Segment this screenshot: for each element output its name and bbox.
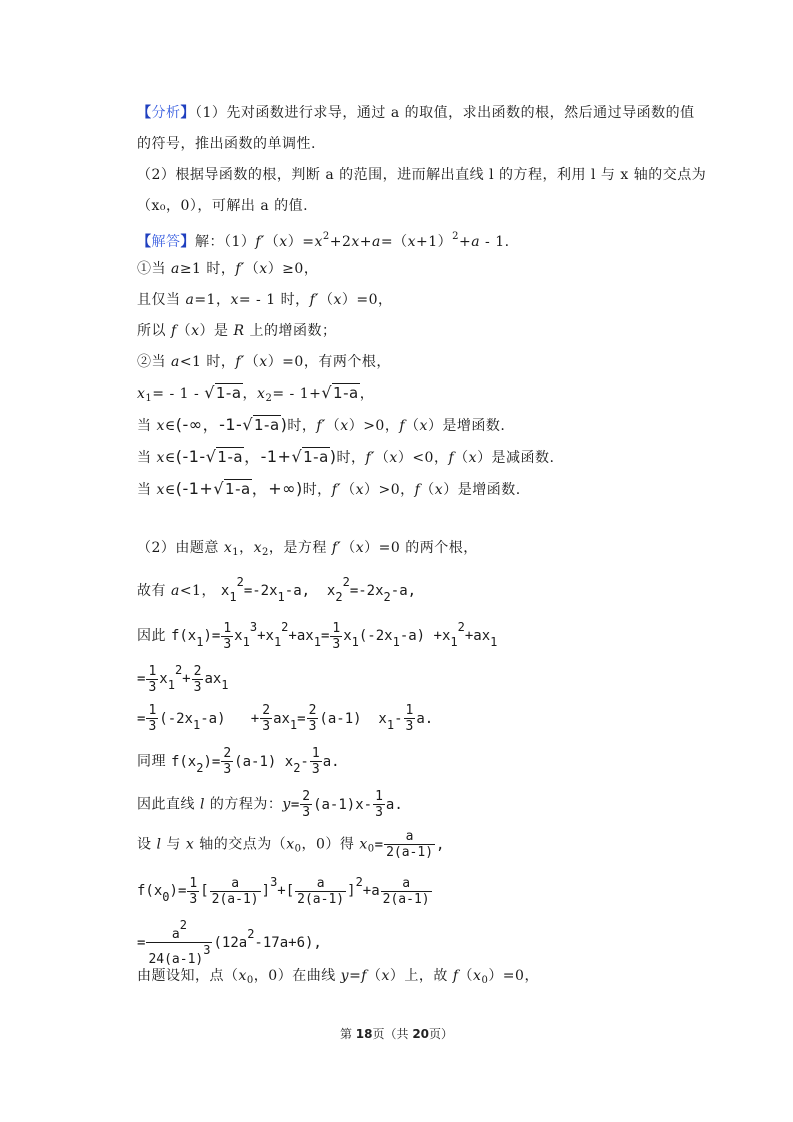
- math-var: f′: [310, 292, 319, 308]
- text: （: [454, 450, 469, 466]
- interval: ，+∞): [252, 479, 303, 498]
- text: 由题设知，点（: [137, 968, 239, 984]
- math-var: x: [254, 540, 262, 556]
- solution-line-4: 所以 f（x）是 R 上的增函数；: [137, 321, 337, 341]
- math-var: x: [333, 292, 341, 308]
- text: （: [375, 450, 390, 466]
- text: =: [349, 968, 361, 984]
- text: 的方程为：: [205, 797, 282, 813]
- math-var: a: [171, 261, 180, 277]
- sqrt-expression: √1-a: [213, 479, 251, 500]
- text: ）≥0，: [268, 261, 319, 277]
- text: （2）由题意: [137, 540, 224, 556]
- equation: f(x2)=23(a-1) x2-13a.: [171, 754, 340, 770]
- analysis-label-close: 】: [181, 105, 196, 121]
- radicand: 1-a: [332, 383, 360, 402]
- part2-line-6: 同理 f(x2)=23(a-1) x2-13a.: [137, 746, 340, 778]
- text: ∈: [165, 418, 176, 434]
- text: ∈: [165, 482, 176, 498]
- text: ）=0，: [488, 968, 539, 984]
- subscript: 0: [368, 844, 375, 855]
- math-var: x: [230, 292, 238, 308]
- text: <1，: [180, 583, 216, 599]
- sqrt-expression: √1-a: [204, 383, 242, 404]
- text: ，0）得: [301, 837, 359, 853]
- analysis-label-open: 【: [137, 105, 152, 121]
- equation: x12=-2x1-a, x22=-2x2-a,: [221, 583, 416, 599]
- math-var: a: [171, 583, 180, 599]
- text: 时，: [303, 482, 332, 498]
- math-var: x: [191, 323, 199, 339]
- text: ②当: [137, 354, 171, 370]
- solution-line-3: 且仅当 a=1，x= - 1 时，f′（x）=0，: [137, 290, 393, 310]
- math-var: x: [408, 234, 416, 250]
- solution-line-5: ②当 a<1 时，f′（x）=0，有两个根，: [137, 352, 391, 372]
- text: 时，: [287, 418, 316, 434]
- part2-line-1: （2）由题意 x1，x2，是方程 f′（x）=0 的两个根，: [137, 538, 478, 563]
- text: （: [177, 323, 192, 339]
- math-var: x: [351, 234, 359, 250]
- analysis-line-3: （2）根据导函数的根，判断 a 的范围，进而解出直线 l 的方程，利用 l 与 …: [137, 165, 706, 185]
- math-var: x: [259, 354, 267, 370]
- footer-prefix: 第: [340, 1027, 356, 1041]
- solution-line-2: ①当 a≥1 时，f′（x）≥0，: [137, 259, 318, 279]
- math-var: x: [314, 234, 322, 250]
- text: （: [420, 482, 435, 498]
- equation: =a224(a-1)3(12a2-17a+6),: [137, 935, 322, 951]
- part2-line-9: f(x0)=13[a2(a-1)]3+[a2(a-1)]2+aa2(a-1): [137, 872, 433, 907]
- text: 设: [137, 837, 156, 853]
- text: ）=: [288, 234, 315, 250]
- text: ）是减函数.: [477, 450, 554, 466]
- equation: f(x0)=13[a2(a-1)]3+[a2(a-1)]2+aa2(a-1): [137, 883, 433, 899]
- text: （: [245, 261, 260, 277]
- radicand: 1-a: [224, 479, 252, 498]
- radicand: 1-a: [216, 447, 244, 466]
- math-var: x: [356, 482, 364, 498]
- part2-line-7: 因此直线 l 的方程为：y=23(a-1)x-13a.: [137, 789, 403, 820]
- page-number: 18: [356, 1027, 373, 1041]
- sqrt-expression: √1-a: [291, 447, 329, 468]
- solution-label: 解答: [152, 234, 181, 250]
- text: 因此直线: [137, 797, 200, 813]
- text: =1，: [194, 292, 230, 308]
- math-var: f′: [235, 261, 244, 277]
- analysis-line-1: 【分析】（1）先对函数进行求导，通过 a 的取值，求出函数的根，然后通过导函数的…: [137, 103, 695, 123]
- text: =（: [381, 234, 408, 250]
- text: +: [459, 234, 471, 250]
- text: 解：（1）: [195, 234, 255, 250]
- page-footer: 第 18页（共 20页）: [0, 1025, 793, 1042]
- text: ）是: [200, 323, 234, 339]
- text: 当: [137, 450, 156, 466]
- text: （: [459, 968, 474, 984]
- sqrt-expression: √1-a: [321, 383, 359, 404]
- text: 当: [137, 418, 156, 434]
- math-var: x: [279, 234, 287, 250]
- part2-line-11: 由题设知，点（x0，0）在曲线 y=f（x）上，故 f（x0）=0，: [137, 966, 539, 991]
- sqrt-icon: √: [206, 447, 217, 466]
- interval: (-1-: [176, 447, 206, 466]
- solution-line-roots: x1= - 1 - √1-a，x2= - 1+√1-a，: [137, 383, 374, 409]
- equation: =13(-2x1-a) +23ax1=23(a-1) x1-13a.: [137, 711, 433, 727]
- superscript: 2: [323, 231, 330, 242]
- text: 上的增函数；: [245, 323, 337, 339]
- math-var: f′: [235, 354, 244, 370]
- math-var: x: [156, 418, 164, 434]
- text: ）上，故: [390, 968, 453, 984]
- sqrt-expression: √1-a: [242, 415, 280, 436]
- math-var: x: [340, 418, 348, 434]
- math-var: x: [435, 482, 443, 498]
- text: ，: [239, 540, 254, 556]
- solution-interval-2: 当 x∈(-1-√1-a，-1+√1-a)时，f′（x）<0，f（x）是减函数.: [137, 447, 555, 468]
- part2-line-10: =a224(a-1)3(12a2-17a+6),: [137, 918, 322, 967]
- text: 所以: [137, 323, 171, 339]
- math-var: x: [239, 968, 247, 984]
- text: = - 1+: [272, 386, 321, 402]
- subscript: 2: [262, 547, 269, 558]
- radicand: 1-a: [253, 415, 281, 434]
- solution-line-1: 【解答】解：（1）f′（x）=x2+2x+a=（x+1）2+a - 1.: [137, 227, 510, 252]
- sqrt-icon: √: [291, 447, 302, 466]
- text: 与: [161, 837, 185, 853]
- total-pages: 20: [412, 1027, 429, 1041]
- text: （: [319, 292, 334, 308]
- part2-line-4: =13x12+23ax1: [137, 660, 229, 695]
- solution-interval-1: 当 x∈(-∞，-1-√1-a)时，f′（x）>0，f（x）是增函数.: [137, 415, 505, 436]
- part2-line-8: 设 l 与 x 轴的交点为（x0，0）得 x0=a2(a-1),: [137, 829, 444, 860]
- equation: =13x12+23ax1: [137, 671, 229, 687]
- text: ）>0，: [364, 482, 415, 498]
- math-var: a: [185, 292, 194, 308]
- text: ①当: [137, 261, 171, 277]
- text: 时，: [337, 450, 366, 466]
- analysis-line-4: （x₀，0），可解出 a 的值.: [137, 196, 308, 216]
- text: +1）: [416, 234, 452, 250]
- text: （: [367, 968, 382, 984]
- text: （: [265, 234, 280, 250]
- text: +: [360, 234, 372, 250]
- math-var: x: [469, 450, 477, 466]
- equation: =23(a-1)x-13a.: [291, 797, 403, 813]
- text: 故有: [137, 583, 171, 599]
- solution-label-close: 】: [181, 234, 196, 250]
- text: 因此: [137, 628, 171, 644]
- text: ∈: [165, 450, 176, 466]
- math-var: R: [234, 323, 245, 339]
- subscript: 0: [247, 975, 254, 986]
- analysis-p1-line1: （1）先对函数进行求导，通过 a 的取值，求出函数的根，然后通过导函数的值: [195, 105, 695, 121]
- math-var: a: [471, 234, 480, 250]
- text: （: [326, 418, 341, 434]
- radicand: 1-a: [302, 447, 330, 466]
- sqrt-icon: √: [242, 415, 253, 434]
- text: ，0）在曲线: [254, 968, 341, 984]
- text: （: [245, 354, 260, 370]
- analysis-label: 分析: [152, 105, 181, 121]
- interval: (-1+: [176, 479, 214, 498]
- document-page: 【分析】（1）先对函数进行求导，通过 a 的取值，求出函数的根，然后通过导函数的…: [0, 0, 793, 1122]
- text: 同理: [137, 754, 171, 770]
- text: +2: [330, 234, 352, 250]
- text: （: [341, 540, 356, 556]
- math-var: x: [156, 450, 164, 466]
- sqrt-expression: √1-a: [206, 447, 244, 468]
- text: 且仅当: [137, 292, 185, 308]
- equation: =a2(a-1),: [375, 837, 445, 853]
- text: （: [405, 418, 420, 434]
- text: （: [341, 482, 356, 498]
- text: ）是增函数.: [443, 482, 520, 498]
- math-var: f′: [366, 450, 375, 466]
- math-var: x: [389, 450, 397, 466]
- text: 当: [137, 482, 156, 498]
- math-var: x: [359, 837, 367, 853]
- math-var: x: [356, 540, 364, 556]
- math-var: y: [282, 797, 290, 813]
- part2-line-5: =13(-2x1-a) +23ax1=23(a-1) x1-13a.: [137, 703, 433, 735]
- math-var: x: [420, 418, 428, 434]
- math-var: y: [341, 968, 349, 984]
- text: ≥1 时，: [180, 261, 236, 277]
- math-var: f′: [332, 540, 341, 556]
- math-var: x: [286, 837, 294, 853]
- math-var: f′: [332, 482, 341, 498]
- text: - 1.: [480, 234, 510, 250]
- radicand: 1-a: [215, 383, 243, 402]
- text: ）=0 的两个根，: [364, 540, 478, 556]
- equation: f(x1)=13x13+x12+ax1=13x1(-2x1-a) +x12+ax…: [171, 628, 497, 644]
- text: <1 时，: [180, 354, 236, 370]
- text: ，: [243, 386, 258, 402]
- footer-mid: 页（共: [372, 1027, 412, 1041]
- math-var: x: [381, 968, 389, 984]
- text: 轴的交点为（: [194, 837, 286, 853]
- math-var: x: [186, 837, 194, 853]
- text: ）<0，: [398, 450, 449, 466]
- interval: ，-1+: [244, 447, 291, 466]
- part2-line-2: 故有 a<1， x12=-2x1-a, x22=-2x2-a,: [137, 572, 416, 607]
- math-var: a: [372, 234, 381, 250]
- math-var: x: [259, 261, 267, 277]
- analysis-line-2: 的符号，推出函数的单调性.: [137, 134, 316, 154]
- text: = - 1 时，: [239, 292, 310, 308]
- sqrt-icon: √: [213, 479, 224, 498]
- text: ，: [360, 386, 375, 402]
- text: ）=0，有两个根，: [268, 354, 391, 370]
- text: ，是方程: [269, 540, 332, 556]
- math-var: f′: [316, 418, 325, 434]
- footer-suffix: 页）: [429, 1027, 453, 1041]
- part2-line-3: 因此 f(x1)=13x13+x12+ax1=13x1(-2x1-a) +x12…: [137, 617, 497, 652]
- math-var: x: [156, 482, 164, 498]
- text: ）>0，: [349, 418, 400, 434]
- text: ）=0，: [342, 292, 393, 308]
- superscript: 2: [452, 231, 459, 242]
- text: ）是增函数.: [428, 418, 505, 434]
- interval: (-∞，-1-: [176, 415, 243, 434]
- solution-interval-3: 当 x∈(-1+√1-a，+∞)时，f′（x）>0，f（x）是增函数.: [137, 479, 521, 500]
- math-var: f′: [255, 234, 264, 250]
- solution-label-open: 【: [137, 234, 152, 250]
- sqrt-icon: √: [204, 383, 215, 402]
- interval: ): [330, 447, 337, 466]
- math-var: x: [224, 540, 232, 556]
- sqrt-icon: √: [321, 383, 332, 402]
- math-var: a: [171, 354, 180, 370]
- text: = - 1 -: [152, 386, 204, 402]
